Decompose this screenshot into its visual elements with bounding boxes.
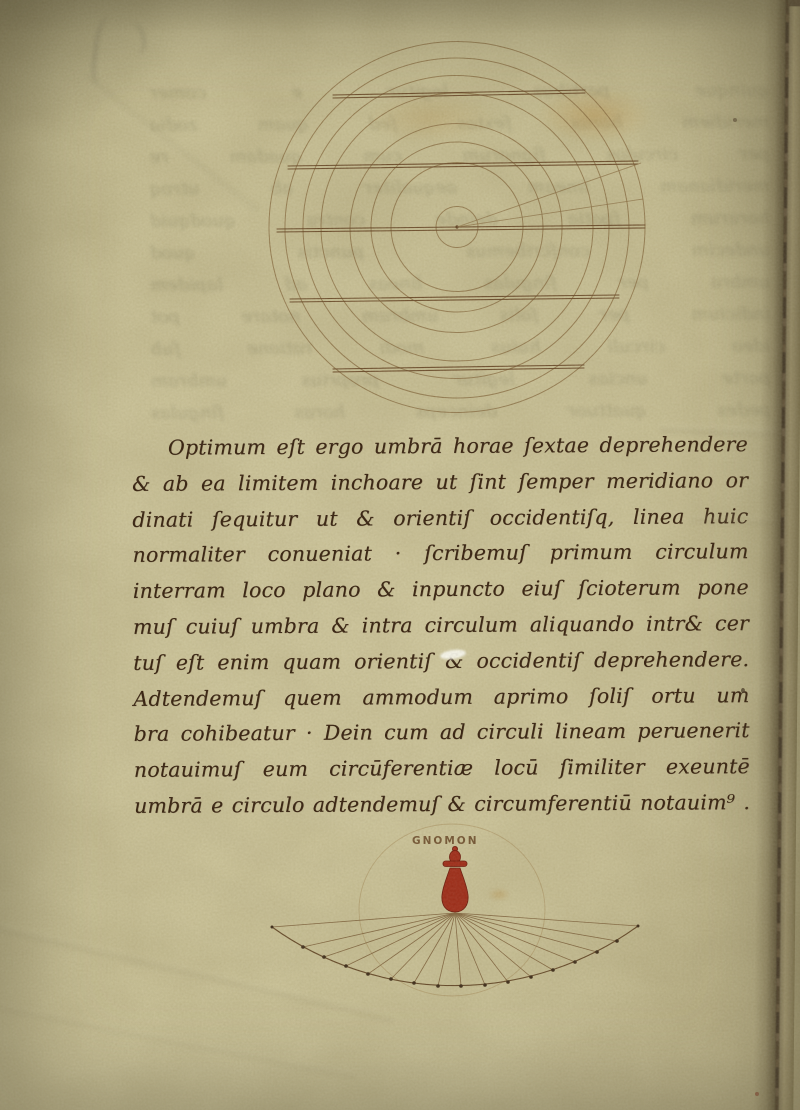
manuscript-page: quinque partibus legitur e comer meridie…: [0, 0, 800, 1110]
vignette-overlay: [0, 0, 800, 1110]
